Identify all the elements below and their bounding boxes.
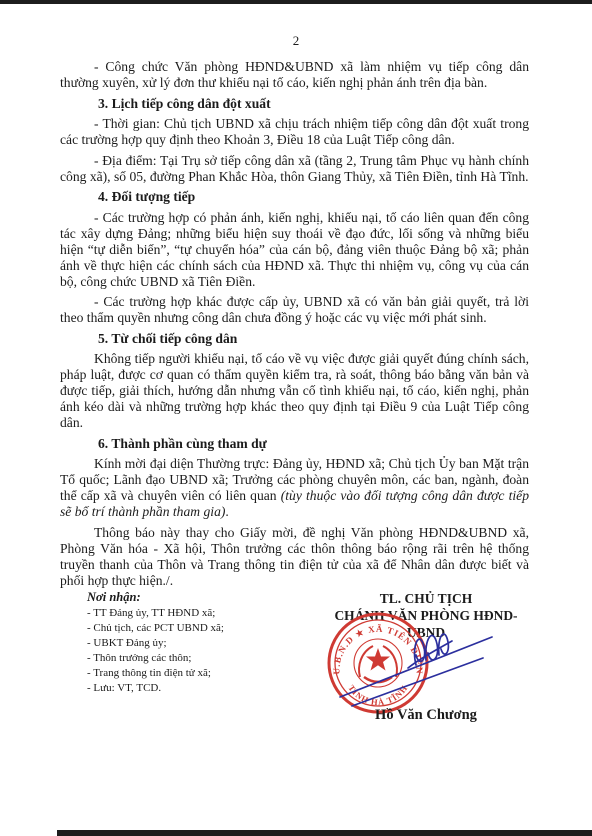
- recipient-item: - TT Đảng ủy, TT HĐND xã;: [87, 606, 224, 621]
- recipient-item: - Thôn trưởng các thôn;: [87, 651, 224, 666]
- scan-edge-bottom: [57, 830, 592, 836]
- section-heading: 4. Đối tượng tiếp: [60, 189, 529, 205]
- paragraph: - Địa điểm: Tại Trụ sở tiếp công dân xã …: [60, 153, 529, 185]
- section-heading: 5. Từ chối tiếp công dân: [60, 331, 529, 347]
- paragraph-text: .: [225, 504, 228, 519]
- page-number: 2: [0, 33, 592, 49]
- recipients-title: Nơi nhận:: [87, 590, 224, 605]
- recipient-item: - Lưu: VT, TCD.: [87, 681, 224, 696]
- section-heading: 6. Thành phần cùng tham dự: [60, 436, 529, 452]
- paragraph: - Thời gian: Chủ tịch UBND xã chịu trách…: [60, 116, 529, 148]
- paragraph: Thông báo này thay cho Giấy mời, đề nghị…: [60, 525, 529, 589]
- signer-name: Hồ Văn Chương: [316, 707, 536, 724]
- signer-role-line1: TL. CHỦ TỊCH: [316, 590, 536, 607]
- recipients-block: Nơi nhận: - TT Đảng ủy, TT HĐND xã; - Ch…: [87, 590, 224, 696]
- recipient-item: - Chủ tịch, các PCT UBND xã;: [87, 621, 224, 636]
- recipient-item: - UBKT Đảng ủy;: [87, 636, 224, 651]
- paragraph: Kính mời đại diện Thường trực: Đảng ủy, …: [60, 456, 529, 520]
- paragraph: - Công chức Văn phòng HĐND&UBND xã làm n…: [60, 59, 529, 91]
- paragraph: Không tiếp người khiếu nại, tố cáo về vụ…: [60, 351, 529, 431]
- recipient-item: - Trang thông tin điện tử xã;: [87, 666, 224, 681]
- scan-edge-top: [0, 0, 592, 4]
- paragraph: - Các trường hợp có phản ánh, kiến nghị,…: [60, 210, 529, 290]
- document-page: 2 - Công chức Văn phòng HĐND&UBND xã làm…: [0, 0, 592, 836]
- paragraph: - Các trường hợp khác được cấp ủy, UBND …: [60, 294, 529, 326]
- document-body: - Công chức Văn phòng HĐND&UBND xã làm n…: [60, 59, 529, 589]
- section-heading: 3. Lịch tiếp công dân đột xuất: [60, 96, 529, 112]
